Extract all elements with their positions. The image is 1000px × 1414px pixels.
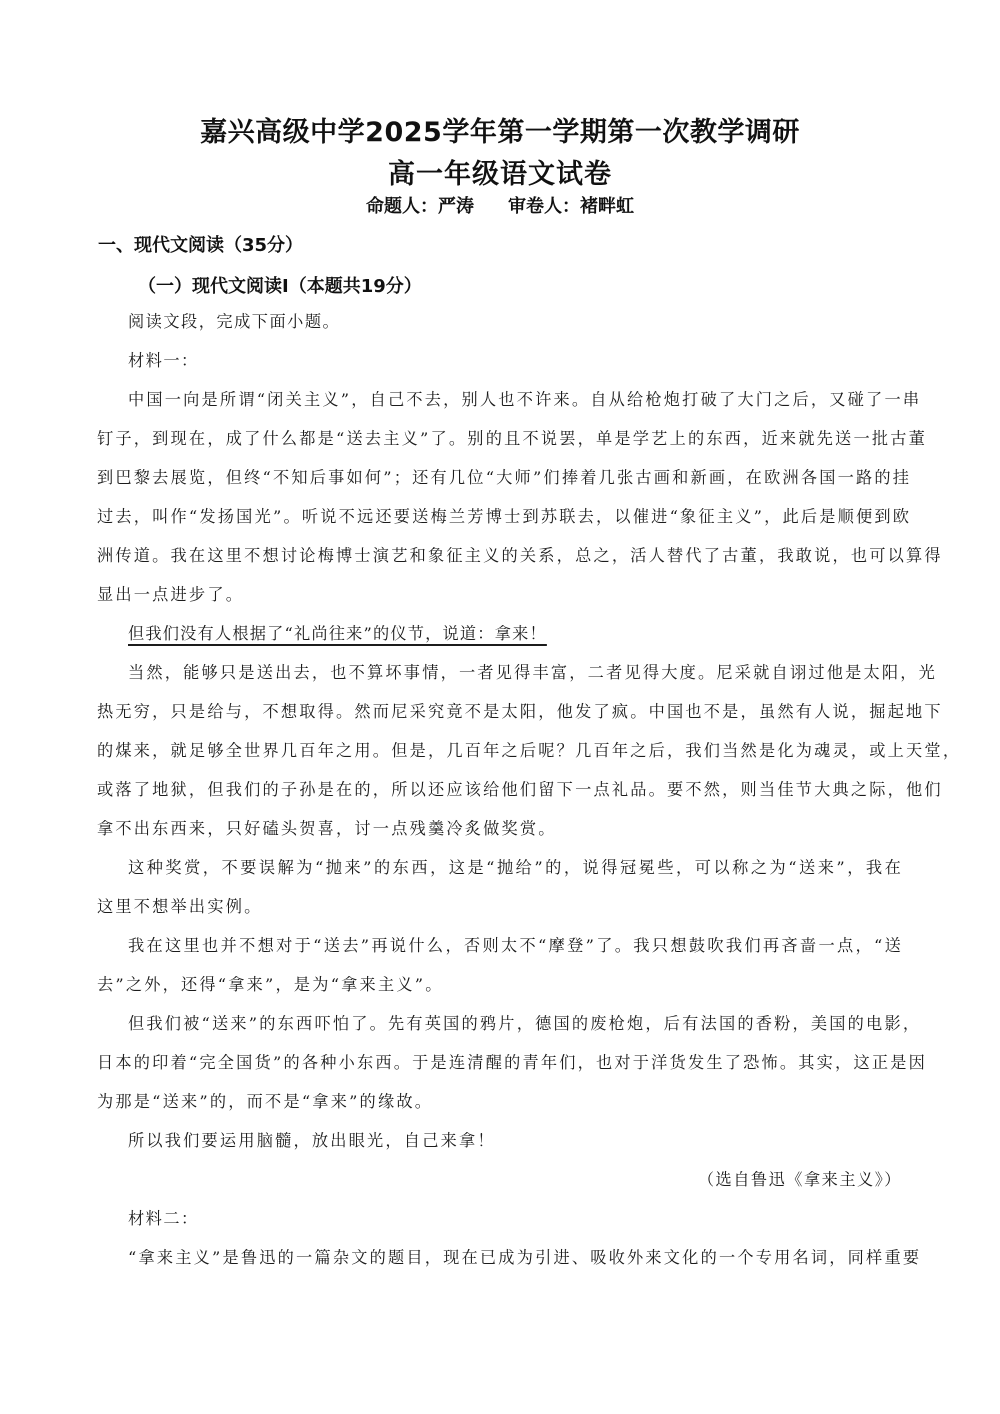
text-line: 为那是“送来”的，而不是“拿来”的缘故。 bbox=[97, 1092, 903, 1112]
text-line: 显出一点进步了。 bbox=[97, 585, 903, 605]
text-line: 或落了地狱，但我们的子孙是在的，所以还应该给他们留下一点礼品。要不然，则当佳节大… bbox=[97, 780, 903, 800]
text-line: 中国一向是所谓“闭关主义”，自己不去，别人也不许来。自从给枪炮打破了大门之后，又… bbox=[128, 390, 903, 410]
text-line: 日本的印着“完全国货”的各种小东西。于是连清醒的青年们，也对于洋货发生了恐怖。其… bbox=[97, 1053, 903, 1073]
question-setter: 命题人：严涛 bbox=[366, 196, 474, 217]
exam-subtitle: 高一年级语文试卷 bbox=[0, 152, 1000, 191]
text-line: 洲传道。我在这里不想讨论梅博士演艺和象征主义的关系，总之，活人替代了古董，我敢说… bbox=[97, 546, 903, 566]
text-line: 过去，叫作“发扬国光”。听说不远还要送梅兰芳博士到苏联去，以催进“象征主义”，此… bbox=[97, 507, 903, 527]
exam-page: 嘉兴高级中学2025学年第一学期第一次教学调研 高一年级语文试卷 命题人：严涛审… bbox=[0, 0, 1000, 1414]
text-line: “拿来主义”是鲁迅的一篇杂文的题目，现在已成为引进、吸收外来文化的一个专用名词，… bbox=[128, 1248, 903, 1268]
material-one-label: 材料一： bbox=[128, 351, 903, 371]
underlined-sentence: 但我们没有人根据了“礼尚往来”的仪节，说道：拿来！ bbox=[128, 624, 547, 644]
text-line: 去”之外，还得“拿来”，是为“拿来主义”。 bbox=[97, 975, 903, 995]
text-line: 钉子，到现在，成了什么都是“送去主义”了。别的且不说罢，单是学艺上的东西，近来就… bbox=[97, 429, 903, 449]
text-line: 热无穷，只是给与，不想取得。然而尼采究竟不是太阳，他发了疯。中国也不是，虽然有人… bbox=[97, 702, 903, 722]
text-line: 当然，能够只是送出去，也不算坏事情，一者见得丰富，二者见得大度。尼采就自诩过他是… bbox=[128, 663, 903, 683]
text-line: 拿不出东西来，只好磕头贺喜，讨一点残羹冷炙做奖赏。 bbox=[97, 819, 903, 839]
text-line: 这种奖赏，不要误解为“抛来”的东西，这是“抛给”的，说得冠冕些，可以称之为“送来… bbox=[128, 858, 903, 878]
section-heading: 一、现代文阅读（35分） bbox=[98, 231, 303, 257]
material-two-label: 材料二： bbox=[128, 1209, 903, 1229]
text-line: 但我们被“送来”的东西吓怕了。先有英国的鸦片，德国的废枪炮，后有法国的香粉，美国… bbox=[128, 1014, 903, 1034]
instruction: 阅读文段，完成下面小题。 bbox=[128, 312, 903, 332]
text-line: 的煤来，就足够全世界几百年之用。但是，几百年之后呢？几百年之后，我们当然是化为魂… bbox=[97, 741, 903, 761]
subsection-heading: （一）现代文阅读I（本题共19分） bbox=[138, 272, 422, 298]
text-line: 这里不想举出实例。 bbox=[97, 897, 903, 917]
text-line: 所以我们要运用脑髓，放出眼光，自己来拿！ bbox=[128, 1131, 903, 1151]
reviewer: 审卷人：褚畔虹 bbox=[508, 196, 634, 217]
source-citation: （选自鲁迅《拿来主义》） bbox=[698, 1170, 902, 1190]
authors-line: 命题人：严涛审卷人：褚畔虹 bbox=[0, 192, 1000, 218]
exam-title: 嘉兴高级中学2025学年第一学期第一次教学调研 bbox=[0, 110, 1000, 149]
text-line: 到巴黎去展览，但终“不知后事如何”；还有几位“大师”们捧着几张古画和新画，在欧洲… bbox=[97, 468, 903, 488]
text-line: 我在这里也并不想对于“送去”再说什么，否则太不“摩登”了。我只想鼓吹我们再吝啬一… bbox=[128, 936, 903, 956]
